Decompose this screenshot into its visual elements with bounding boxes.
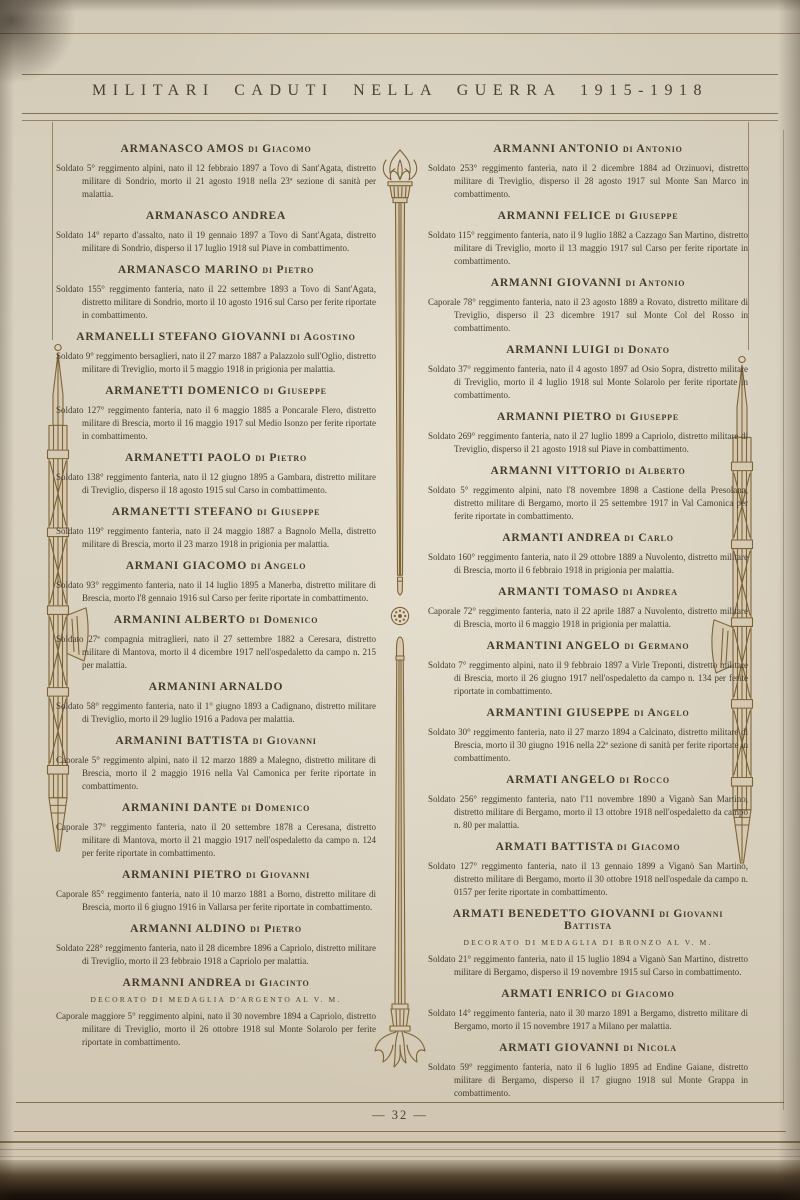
header-rule-top (22, 74, 778, 75)
memorial-entry: ARMANETTI DOMENICO di GiuseppeSoldato 12… (56, 385, 376, 443)
soldier-surname-name: ARMANTINI GIUSEPPE (486, 707, 630, 719)
memorial-entry: ARMANINI ALBERTO di DomenicoSoldato 27ª … (56, 614, 376, 672)
soldier-surname-name: ARMANASCO ANDREA (146, 210, 286, 222)
service-record-text: Soldato 5° reggimento alpini, nato l'8 n… (428, 484, 748, 523)
soldier-patronymic: di Angelo (634, 707, 690, 719)
soldier-name-heading: ARMANETTI DOMENICO di Giuseppe (62, 385, 370, 397)
left-column: ARMANASCO AMOS di GiacomoSoldato 5° regg… (56, 134, 376, 1103)
soldier-surname-name: ARMANETTI PAOLO (125, 452, 251, 464)
soldier-name-heading: ARMANNI PIETRO di Giuseppe (434, 411, 742, 423)
soldier-name-heading: ARMANNI FELICE di Giuseppe (434, 210, 742, 222)
soldier-surname-name: ARMANNI VITTORIO (491, 465, 622, 477)
memorial-entry: ARMANTINI GIUSEPPE di AngeloSoldato 30° … (428, 707, 748, 765)
page-stack-edge-3 (0, 1156, 800, 1157)
service-record-text: Soldato 14° reggimento fanteria, nato il… (428, 1007, 748, 1033)
soldier-name-heading: ARMANETTI STEFANO di Giuseppe (62, 506, 370, 518)
soldier-name-heading: ARMANTI TOMASO di Andrea (434, 586, 742, 598)
memorial-entry: ARMANNI GIOVANNI di AntonioCaporale 78° … (428, 277, 748, 335)
soldier-surname-name: ARMANNI LUIGI (506, 344, 610, 356)
soldier-surname-name: ARMANNI FELICE (498, 210, 612, 222)
soldier-surname-name: ARMANASCO MARINO (118, 264, 259, 276)
soldier-surname-name: ARMANETTI DOMENICO (105, 385, 260, 397)
memorial-entry: ARMANTINI ANGELO di GermanoSoldato 7° re… (428, 640, 748, 698)
soldier-patronymic: di Pietro (250, 923, 302, 935)
soldier-patronymic: di Agostino (290, 331, 356, 343)
service-record-text: Caporale 78° reggimento fanteria, nato i… (428, 296, 748, 335)
page-edge-shadow (783, 130, 784, 1110)
soldier-patronymic: di Carlo (624, 532, 674, 544)
soldier-patronymic: di Giovanni (246, 869, 310, 881)
soldier-patronymic: di Alberto (625, 465, 685, 477)
soldier-surname-name: ARMANASCO AMOS (120, 143, 244, 155)
memorial-entry: ARMATI GIOVANNI di NicolaSoldato 59° reg… (428, 1042, 748, 1100)
service-record-text: Soldato 21° reggimento fanteria, nato il… (428, 953, 748, 979)
soldier-surname-name: ARMANELLI STEFANO GIOVANNI (76, 331, 286, 343)
memorial-entry: ARMANELLI STEFANO GIOVANNI di AgostinoSo… (56, 331, 376, 376)
soldier-patronymic: di Donato (614, 344, 670, 356)
memorial-entry: ARMANINI BATTISTA di GiovanniCaporale 5°… (56, 735, 376, 793)
soldier-patronymic: di Pietro (262, 264, 314, 276)
service-record-text: Soldato 5° reggimento alpini, nato il 12… (56, 162, 376, 201)
service-record-text: Soldato 27ª compagnia mitraglieri, nato … (56, 633, 376, 672)
soldier-surname-name: ARMANINI BATTISTA (115, 735, 249, 747)
service-record-text: Soldato 9° reggimento bersaglieri, nato … (56, 350, 376, 376)
soldier-surname-name: ARMATI BENEDETTO GIOVANNI (453, 908, 656, 920)
service-record-text: Soldato 228° reggimento fanteria, nato i… (56, 942, 376, 968)
page-stack-edge-2 (0, 1149, 800, 1150)
soldier-surname-name: ARMANTI ANDREA (502, 532, 620, 544)
service-record-text: Soldato 269° reggimento fanteria, nato i… (428, 430, 748, 456)
soldier-surname-name: ARMANINI ALBERTO (114, 614, 246, 626)
service-record-text: Caporale 72° reggimento fanteria, nato i… (428, 605, 748, 631)
service-record-text: Soldato 14° reparto d'assalto, nato il 1… (56, 229, 376, 255)
soldier-patronymic: di Giuseppe (616, 411, 679, 423)
soldier-patronymic: di Pietro (255, 452, 307, 464)
memorial-entry: ARMATI ENRICO di GiacomoSoldato 14° regg… (428, 988, 748, 1033)
soldier-name-heading: ARMANINI PIETRO di Giovanni (62, 869, 370, 881)
service-record-text: Soldato 115° reggimento fanteria, nato i… (428, 229, 748, 268)
soldier-patronymic: di Rocco (619, 774, 669, 786)
soldier-name-heading: ARMANTI ANDREA di Carlo (434, 532, 742, 544)
soldier-name-heading: ARMANNI GIOVANNI di Antonio (434, 277, 742, 289)
service-record-text: Caporale 5° reggimento alpini, nato il 1… (56, 754, 376, 793)
soldier-name-heading: ARMANINI BATTISTA di Giovanni (62, 735, 370, 747)
soldier-name-heading: ARMATI ANGELO di Rocco (434, 774, 742, 786)
soldier-name-heading: ARMANTINI ANGELO di Germano (434, 640, 742, 652)
header-rule-bottom-1 (22, 113, 778, 114)
soldier-surname-name: ARMATI GIOVANNI (499, 1042, 620, 1054)
ornament-hanging-line-left (52, 122, 53, 340)
memorial-entry: ARMATI BATTISTA di GiacomoSoldato 127° r… (428, 841, 748, 899)
service-record-text: Soldato 59° reggimento fanteria, nato il… (428, 1061, 748, 1100)
soldier-name-heading: ARMATI BENEDETTO GIOVANNI di Giovanni Ba… (434, 908, 742, 932)
soldier-name-heading: ARMANASCO AMOS di Giacomo (62, 143, 370, 155)
soldier-patronymic: di Giovanni (253, 735, 317, 747)
soldier-surname-name: ARMANTI TOMASO (498, 586, 619, 598)
soldier-surname-name: ARMANINI DANTE (122, 802, 238, 814)
soldier-patronymic: di Angelo (251, 560, 307, 572)
soldier-name-heading: ARMANNI VITTORIO di Alberto (434, 465, 742, 477)
service-record-text: Soldato 253° reggimento fanteria, nato i… (428, 162, 748, 201)
soldier-name-heading: ARMANASCO MARINO di Pietro (62, 264, 370, 276)
soldier-patronymic: di Domenico (241, 802, 310, 814)
service-record-text: Soldato 58° reggimento fanteria, nato il… (56, 700, 376, 726)
service-record-text: Caporale 85° reggimento fanteria, nato i… (56, 888, 376, 914)
decoration-citation: DECORATO DI MEDAGLIA D'ARGENTO AL V. M. (56, 995, 376, 1004)
service-record-text: Soldato 138° reggimento fanteria, nato i… (56, 471, 376, 497)
soldier-name-heading: ARMANI GIACOMO di Angelo (62, 560, 370, 572)
header-rule-bottom-2 (22, 120, 778, 121)
soldier-name-heading: ARMATI BATTISTA di Giacomo (434, 841, 742, 853)
soldier-patronymic: di Domenico (249, 614, 318, 626)
memorial-entry: ARMANASCO AMOS di GiacomoSoldato 5° regg… (56, 143, 376, 201)
soldier-surname-name: ARMATI ENRICO (501, 988, 607, 1000)
memorial-entry: ARMANNI FELICE di GiuseppeSoldato 115° r… (428, 210, 748, 268)
memorial-entry: ARMANINI DANTE di DomenicoCaporale 37° r… (56, 802, 376, 860)
memorial-entry: ARMANNI LUIGI di DonatoSoldato 37° reggi… (428, 344, 748, 402)
service-record-text: Soldato 7° reggimento alpini, nato il 9 … (428, 659, 748, 698)
memorial-entry: ARMANNI ANDREA di GiacintoDECORATO DI ME… (56, 977, 376, 1049)
memorial-entry: ARMATI ANGELO di RoccoSoldato 256° reggi… (428, 774, 748, 832)
memorial-entry: ARMANNI ALDINO di PietroSoldato 228° reg… (56, 923, 376, 968)
service-record-text: Soldato 30° reggimento fanteria, nato il… (428, 726, 748, 765)
memorial-entry: ARMANETTI PAOLO di PietroSoldato 138° re… (56, 452, 376, 497)
service-record-text: Soldato 127° reggimento fanteria, nato i… (428, 860, 748, 899)
soldier-name-heading: ARMANTINI GIUSEPPE di Angelo (434, 707, 742, 719)
memorial-entry: ARMANI GIACOMO di AngeloSoldato 93° regg… (56, 560, 376, 605)
soldier-patronymic: di Giacomo (611, 988, 674, 1000)
soldier-patronymic: di Giuseppe (615, 210, 678, 222)
memorial-entry: ARMANTI TOMASO di AndreaCaporale 72° reg… (428, 586, 748, 631)
soldier-patronymic: di Giacomo (248, 143, 311, 155)
top-frame-rule (0, 33, 800, 34)
memorial-entry: ARMANNI PIETRO di GiuseppeSoldato 269° r… (428, 411, 748, 456)
entries-two-column-layout: ARMANASCO AMOS di GiacomoSoldato 5° regg… (56, 134, 748, 1103)
service-record-text: Soldato 160° reggimento fanteria, nato i… (428, 551, 748, 577)
right-column: ARMANNI ANTONIO di AntonioSoldato 253° r… (428, 134, 748, 1103)
memorial-entry: ARMANINI ARNALDOSoldato 58° reggimento f… (56, 681, 376, 726)
soldier-name-heading: ARMANNI LUIGI di Donato (434, 344, 742, 356)
book-page: MILITARI CADUTI NELLA GUERRA 1915-1918 (0, 0, 800, 1165)
footer-rule-bottom (14, 1131, 786, 1132)
soldier-name-heading: ARMANASCO ANDREA (62, 210, 370, 222)
soldier-surname-name: ARMANI GIACOMO (126, 560, 247, 572)
memorial-entry: ARMANNI VITTORIO di AlbertoSoldato 5° re… (428, 465, 748, 523)
soldier-name-heading: ARMATI GIOVANNI di Nicola (434, 1042, 742, 1054)
soldier-patronymic: di Giuseppe (257, 506, 320, 518)
memorial-entry: ARMATI BENEDETTO GIOVANNI di Giovanni Ba… (428, 908, 748, 979)
page-stack-edge-1 (0, 1141, 800, 1143)
soldier-surname-name: ARMATI ANGELO (506, 774, 616, 786)
page-number: — 32 — (0, 1108, 800, 1123)
soldier-surname-name: ARMANINI PIETRO (122, 869, 242, 881)
soldier-surname-name: ARMANNI GIOVANNI (491, 277, 622, 289)
soldier-name-heading: ARMANINI ALBERTO di Domenico (62, 614, 370, 626)
soldier-name-heading: ARMANINI ARNALDO (62, 681, 370, 693)
service-record-text: Soldato 119° reggimento fanteria, nato i… (56, 525, 376, 551)
soldier-name-heading: ARMATI ENRICO di Giacomo (434, 988, 742, 1000)
soldier-name-heading: ARMANELLI STEFANO GIOVANNI di Agostino (62, 331, 370, 343)
page-title: MILITARI CADUTI NELLA GUERRA 1915-1918 (0, 82, 800, 100)
soldier-surname-name: ARMANNI ALDINO (130, 923, 246, 935)
soldier-patronymic: di Antonio (626, 277, 686, 289)
soldier-surname-name: ARMANTINI ANGELO (487, 640, 621, 652)
service-record-text: Soldato 256° reggimento fanteria, nato l… (428, 793, 748, 832)
decoration-citation: DECORATO DI MEDAGLIA DI BRONZO AL V. M. (428, 938, 748, 947)
service-record-text: Soldato 155° reggimento fanteria, nato i… (56, 283, 376, 322)
soldier-surname-name: ARMANNI ANDREA (122, 977, 241, 989)
soldier-patronymic: di Giacinto (245, 977, 309, 989)
soldier-name-heading: ARMANNI ANTONIO di Antonio (434, 143, 742, 155)
soldier-patronymic: di Antonio (623, 143, 683, 155)
memorial-entry: ARMANASCO ANDREASoldato 14° reparto d'as… (56, 210, 376, 255)
memorial-entry: ARMANTI ANDREA di CarloSoldato 160° regg… (428, 532, 748, 577)
soldier-name-heading: ARMANETTI PAOLO di Pietro (62, 452, 370, 464)
soldier-patronymic: di Giacomo (617, 841, 680, 853)
soldier-patronymic: di Andrea (623, 586, 678, 598)
memorial-entry: ARMANASCO MARINO di PietroSoldato 155° r… (56, 264, 376, 322)
soldier-surname-name: ARMANETTI STEFANO (112, 506, 254, 518)
book-bottom-shadow (0, 1160, 800, 1200)
service-record-text: Soldato 127° reggimento fanteria, nato i… (56, 404, 376, 443)
soldier-name-heading: ARMANNI ALDINO di Pietro (62, 923, 370, 935)
service-record-text: Soldato 93° reggimento fanteria, nato il… (56, 579, 376, 605)
service-record-text: Soldato 37° reggimento fanteria, nato il… (428, 363, 748, 402)
memorial-entry: ARMANETTI STEFANO di GiuseppeSoldato 119… (56, 506, 376, 551)
soldier-surname-name: ARMANNI PIETRO (497, 411, 612, 423)
soldier-name-heading: ARMANNI ANDREA di Giacinto (62, 977, 370, 989)
soldier-patronymic: di Germano (624, 640, 689, 652)
soldier-surname-name: ARMATI BATTISTA (496, 841, 614, 853)
service-record-text: Caporale 37° reggimento fanteria, nato i… (56, 821, 376, 860)
soldier-name-heading: ARMANINI DANTE di Domenico (62, 802, 370, 814)
soldier-surname-name: ARMANINI ARNALDO (149, 681, 284, 693)
ornament-hanging-line-right (748, 122, 749, 350)
memorial-entry: ARMANINI PIETRO di GiovanniCaporale 85° … (56, 869, 376, 914)
service-record-text: Caporale maggiore 5° reggimento alpini, … (56, 1010, 376, 1049)
soldier-patronymic: di Giuseppe (264, 385, 327, 397)
soldier-patronymic: di Nicola (623, 1042, 677, 1054)
memorial-entry: ARMANNI ANTONIO di AntonioSoldato 253° r… (428, 143, 748, 201)
soldier-surname-name: ARMANNI ANTONIO (493, 143, 619, 155)
